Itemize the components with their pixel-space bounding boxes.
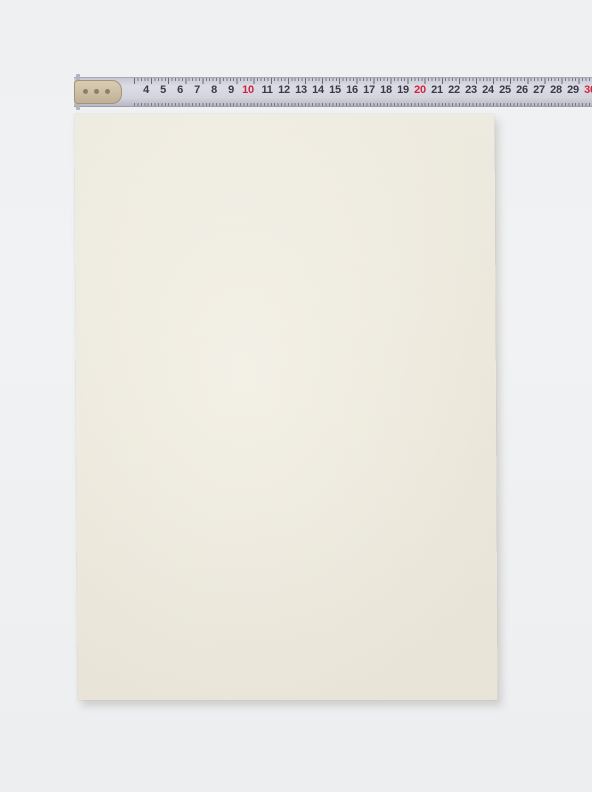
tape-mark: 12 [278,84,290,96]
tape-mark-highlight: 10 [242,84,254,96]
paper-sheet [74,114,497,700]
tape-mark: 16 [346,84,358,96]
tape-mark: 11 [261,84,272,96]
tape-mark: 15 [329,84,341,96]
tape-mark: 9 [228,84,234,96]
tape-mark: 13 [295,84,307,96]
tape-mark: 18 [380,84,392,96]
tape-mark: 19 [397,84,409,96]
tape-mark: 24 [482,84,494,96]
tape-mark: 23 [465,84,477,96]
tape-mark: 17 [363,84,375,96]
tape-mark: 4 [143,84,149,96]
tape-mark: 21 [431,84,443,96]
tape-mark-highlight: 20 [414,84,426,96]
tape-numbers: 4 5 6 7 8 9 10 11 12 13 14 15 16 17 18 1… [74,78,592,106]
tape-mark: 5 [160,84,166,96]
tape-mark: 22 [448,84,460,96]
tape-mark: 14 [312,84,324,96]
tape-mark: 8 [211,84,217,96]
tape-mark-highlight: 30 [584,84,592,96]
tape-mark: 29 [567,84,579,96]
tape-mark: 25 [499,84,511,96]
measuring-tape: 4 5 6 7 8 9 10 11 12 13 14 15 16 17 18 1… [74,77,592,107]
tape-mark: 27 [533,84,545,96]
tape-mark: 28 [550,84,562,96]
tape-mark: 7 [194,84,200,96]
photo-scene: 4 5 6 7 8 9 10 11 12 13 14 15 16 17 18 1… [0,0,592,792]
tape-mark: 26 [516,84,528,96]
tape-mark: 6 [177,84,183,96]
